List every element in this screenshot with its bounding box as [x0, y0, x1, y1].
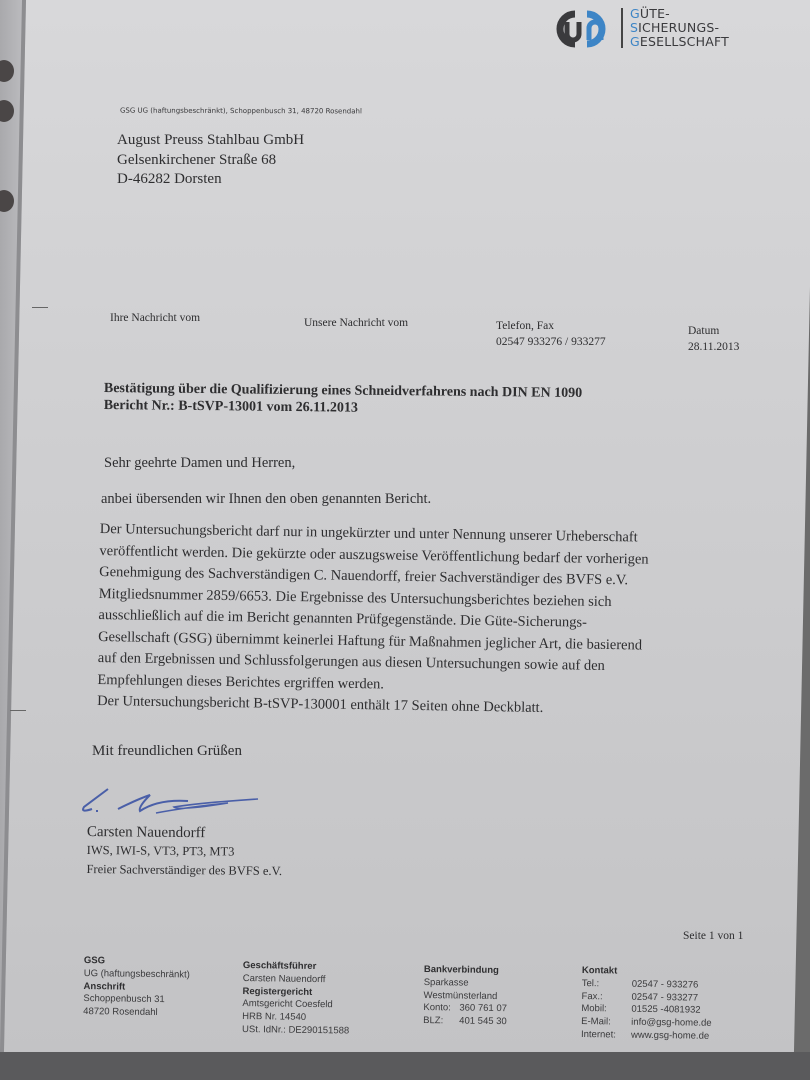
- logo-line-1: GÜTE-: [630, 7, 729, 21]
- background-surface: [0, 1052, 810, 1080]
- our-message-label: Unsere Nachricht vom: [304, 317, 408, 329]
- signer-title: Freier Sachverständiger des BVFS e.V.: [86, 860, 282, 881]
- recipient-street: Gelsenkirchener Straße 68: [117, 151, 304, 171]
- footer-bank: Bankverbindung Sparkasse Westmünsterland…: [423, 964, 507, 1029]
- date-value: 28.11.2013: [688, 341, 739, 353]
- your-message-label: Ihre Nachricht vom: [110, 312, 200, 324]
- footer-company-heading: GSG: [84, 955, 190, 969]
- signer-block: Carsten Nauendorff IWS, IWI-S, VT3, PT3,…: [86, 823, 282, 881]
- body-paragraph: Der Untersuchungsbericht darf nur in ung…: [97, 519, 690, 722]
- footer-bank-region: Westmünsterland: [423, 990, 507, 1004]
- logo-line-3: GESELLSCHAFT: [630, 35, 729, 49]
- closing: Mit freundlichen Grüßen: [92, 743, 242, 760]
- logo-line-2: SICHERUNGS-: [630, 21, 729, 35]
- subject: Bestätigung über die Qualifizierung eine…: [104, 380, 583, 419]
- punch-hole: [0, 100, 14, 122]
- punch-hole: [0, 60, 14, 82]
- salutation: Sehr geehrte Damen und Herren,: [104, 453, 295, 475]
- gsg-logo-mark-icon: [545, 6, 619, 52]
- footer-management: Geschäftsführer Carsten Nauendorff Regis…: [242, 960, 350, 1038]
- signer-qualifications: IWS, IWI-S, VT3, PT3, MT3: [87, 841, 283, 862]
- footer-contact-website[interactable]: Internet:www.gsg-home.de: [581, 1029, 712, 1044]
- footer-legal-form: UG (haftungsbeschränkt): [84, 968, 190, 982]
- phone-fax-value: 02547 933276 / 933277: [496, 336, 606, 348]
- fold-mark: [32, 307, 48, 308]
- phone-fax-label: Telefon, Fax: [496, 320, 554, 332]
- fold-mark: [10, 710, 26, 711]
- punch-hole: [0, 190, 14, 212]
- recipient-city: D-46282 Dorsten: [117, 170, 304, 190]
- footer-bank-account: Konto:360 761 07: [423, 1002, 507, 1016]
- footer-bank-heading: Bankverbindung: [424, 964, 508, 978]
- footer-vat-id: USt. IdNr.: DE290151588: [242, 1024, 349, 1038]
- page-number: Seite 1 von 1: [683, 930, 743, 942]
- sender-return-address: GSG UG (haftungsbeschränkt), Schoppenbus…: [120, 107, 362, 116]
- footer-company: GSG UG (haftungsbeschränkt) Anschrift Sc…: [83, 955, 190, 1020]
- logo-wordmark: GÜTE- SICHERUNGS- GESELLSCHAFT: [630, 7, 729, 49]
- footer-management-heading: Geschäftsführer: [243, 960, 350, 974]
- company-logo: GÜTE- SICHERUNGS- GESELLSCHAFT: [545, 6, 805, 52]
- intro-sentence: anbei übersenden wir Ihnen den oben gena…: [101, 489, 431, 511]
- footer-bank-code: BLZ:401 545 30: [423, 1015, 507, 1029]
- footer-city: 48720 Rosendahl: [83, 1006, 189, 1020]
- logo-divider: [621, 8, 623, 48]
- recipient-address: August Preuss Stahlbau GmbH Gelsenkirche…: [117, 131, 304, 190]
- date-label: Datum: [688, 325, 719, 337]
- signer-name: Carsten Nauendorff: [87, 823, 283, 843]
- recipient-company: August Preuss Stahlbau GmbH: [117, 131, 304, 151]
- footer-manager-name: Carsten Nauendorff: [243, 973, 350, 987]
- footer-contact: Kontakt Tel.:02547 - 933276 Fax.:02547 -…: [581, 965, 712, 1044]
- footer-bank-name: Sparkasse: [424, 977, 508, 991]
- signature-icon: [78, 785, 268, 825]
